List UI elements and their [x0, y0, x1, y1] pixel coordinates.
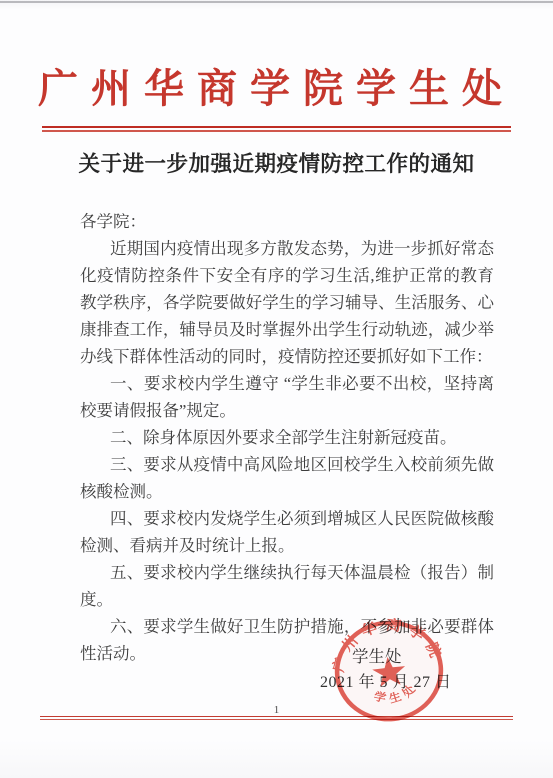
official-seal: 广州华商学院 学生处 [328, 613, 450, 728]
document-page: 广州华商学院学生处 关于进一步加强近期疫情防控工作的通知 各学院： 近期国内疫情… [0, 0, 553, 778]
list-item-4: 四、要求校内发烧学生必须到增城区人民医院做核酸检测、看病并及时统计上报。 [80, 505, 494, 559]
document-title: 关于进一步加强近期疫情防控工作的通知 [0, 149, 553, 179]
list-item-1: 一、要求校内学生遵守 “学生非必要不出校，坚持离校要请假报备”规定。 [80, 370, 494, 424]
letterhead-title: 广州华商学院学生处 [0, 67, 553, 111]
intro-paragraph: 近期国内疫情出现多方散发态势，为进一步抓好常态化疫情防控条件下安全有序的学习生活… [80, 235, 494, 370]
list-item-5: 五、要求校内学生继续执行每天体温晨检（报告）制度。 [80, 559, 494, 613]
list-item-2: 二、除身体原因外要求全部学生注射新冠疫苗。 [80, 424, 494, 451]
letterhead-divider [42, 126, 511, 132]
list-item-3: 三、要求从疫情中高风险地区回校学生入校前须先做核酸检测。 [80, 451, 494, 505]
document-body: 各学院： 近期国内疫情出现多方散发态势，为进一步抓好常态化疫情防控条件下安全有序… [80, 208, 494, 667]
scan-edge-line [0, 1, 553, 3]
salutation: 各学院： [80, 208, 494, 235]
